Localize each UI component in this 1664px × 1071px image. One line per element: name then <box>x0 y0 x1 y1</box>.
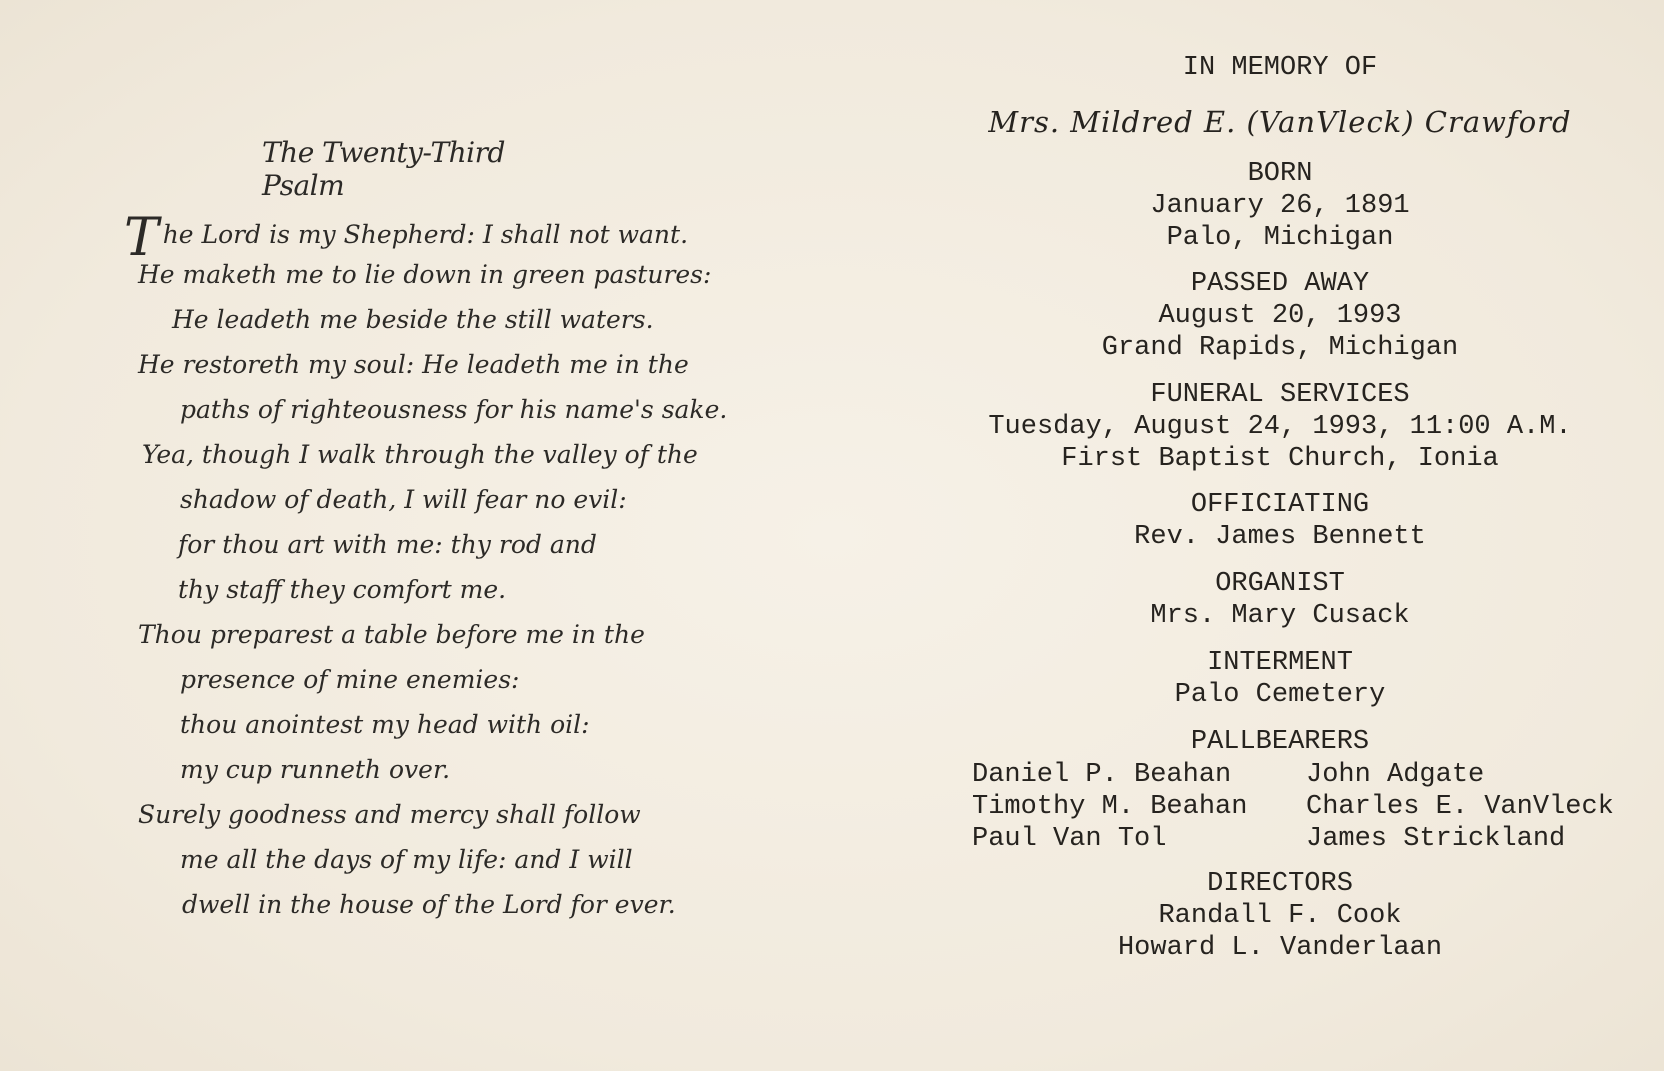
passed-label: PASSED AWAY <box>940 268 1620 300</box>
pallbearer: Charles E. VanVleck <box>1306 790 1614 824</box>
deceased-name: Mrs. Mildred E. (VanVleck) Crawford <box>940 106 1620 138</box>
psalm-line: Surely goodness and mercy shall follow <box>138 800 641 829</box>
born-label: BORN <box>940 158 1620 190</box>
passed-date: August 20, 1993 <box>940 300 1620 332</box>
director-name: Randall F. Cook <box>940 900 1620 932</box>
psalm-line: shadow of death, I will fear no evil: <box>180 485 627 514</box>
services-where: First Baptist Church, Ionia <box>940 443 1620 475</box>
organist-label: ORGANIST <box>940 568 1620 600</box>
interment-place: Palo Cemetery <box>940 679 1620 711</box>
born-date: January 26, 1891 <box>940 190 1620 222</box>
pallbearer: Daniel P. Beahan <box>972 758 1231 792</box>
memorial-card: The Twenty-Third Psalm The Lord is my Sh… <box>0 0 1664 1071</box>
psalm-line: He leadeth me beside the still waters. <box>172 305 654 334</box>
psalm-line: presence of mine enemies: <box>180 665 519 694</box>
directors-label: DIRECTORS <box>940 868 1620 900</box>
services-label: FUNERAL SERVICES <box>940 379 1620 411</box>
psalm-line: He maketh me to lie down in green pastur… <box>138 260 711 289</box>
psalm-line: Thou preparest a table before me in the <box>138 620 645 649</box>
psalm-line: me all the days of my life: and I will <box>180 845 633 874</box>
pallbearers-label: PALLBEARERS <box>940 726 1620 758</box>
psalm-line: Yea, though I walk through the valley of… <box>142 440 698 469</box>
pallbearer: John Adgate <box>1306 758 1484 792</box>
psalm-line: thou anointest my head with oil: <box>180 710 590 739</box>
psalm-line: The Lord is my Shepherd: I shall not wan… <box>124 212 688 264</box>
drop-cap: T <box>124 208 159 268</box>
interment-label: INTERMENT <box>940 647 1620 679</box>
psalm-line: He restoreth my soul: He leadeth me in t… <box>138 350 689 379</box>
services-when: Tuesday, August 24, 1993, 11:00 A.M. <box>940 411 1620 443</box>
born-place: Palo, Michigan <box>940 222 1620 254</box>
psalm-title: The Twenty-Third Psalm <box>262 136 582 202</box>
passed-place: Grand Rapids, Michigan <box>940 332 1620 364</box>
memory-heading: IN MEMORY OF <box>940 52 1620 84</box>
director-name: Howard L. Vanderlaan <box>940 932 1620 964</box>
officiating-name: Rev. James Bennett <box>940 521 1620 553</box>
pallbearer: Paul Van Tol <box>972 822 1166 856</box>
organist-name: Mrs. Mary Cusack <box>940 600 1620 632</box>
psalm-line: for thou art with me: thy rod and <box>178 530 597 559</box>
psalm-line: dwell in the house of the Lord for ever. <box>182 890 676 919</box>
officiating-label: OFFICIATING <box>940 489 1620 521</box>
psalm-line: paths of righteousness for his name's sa… <box>180 395 727 424</box>
pallbearer: Timothy M. Beahan <box>972 790 1247 824</box>
psalm-line: thy staff they comfort me. <box>178 575 506 604</box>
psalm-line: my cup runneth over. <box>180 755 450 784</box>
pallbearer: James Strickland <box>1306 822 1565 856</box>
